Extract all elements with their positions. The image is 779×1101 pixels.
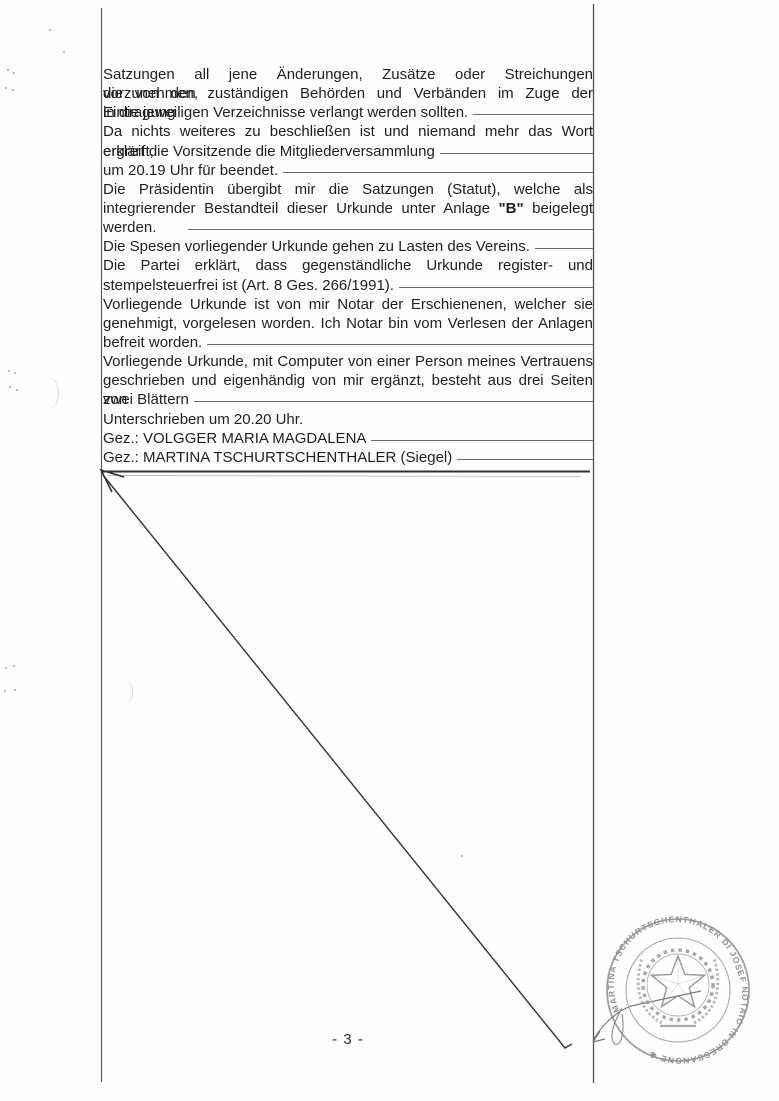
document-line: Da nichts weiteres zu beschließen ist un… (103, 122, 593, 141)
fill-rule (473, 114, 593, 115)
fill-rule (399, 287, 593, 288)
seal-branch-right (694, 958, 718, 1023)
line-text-bold: "B" (499, 200, 524, 217)
line-text: werden. (103, 218, 156, 237)
fill-rule (188, 229, 593, 230)
flourish-arrowhead-icon (593, 1031, 605, 1042)
page-number: - 3 - (103, 1031, 593, 1048)
document-text-block: Satzungen all jene Änderungen, Zusätze o… (103, 65, 593, 467)
seal-ring-text: MARTINA TSCHURTSCHENTHALER DI JOSEF NOTA… (606, 914, 750, 1066)
line-text: Unterschrieben um 20.20 Uhr. (103, 411, 303, 428)
document-line: Gez.: MARTINA TSCHURTSCHENTHALER (Siegel… (103, 448, 593, 467)
strikeout-arrowhead-icon (101, 470, 124, 492)
line-text: Vorliegende Urkunde ist von mir Notar de… (103, 296, 593, 313)
fill-rule (194, 401, 593, 402)
seal-star-icon (651, 956, 704, 1007)
seal-branch-left (638, 958, 662, 1023)
scan-artifact-curve (40, 378, 59, 408)
document-line: genehmigt, vorgelesen worden. Ich Notar … (103, 314, 593, 333)
document-line: Die Partei erklärt, dass gegenständliche… (103, 256, 593, 275)
line-text: in die jeweiligen Verzeichnisse verlangt… (103, 103, 468, 122)
scan-speckle (7, 69, 9, 71)
scan-speckle (13, 665, 15, 667)
document-line: stempelsteuerfrei ist (Art. 8 Ges. 266/1… (103, 276, 593, 295)
document-line: die von den zuständigen Behörden und Ver… (103, 84, 593, 103)
scan-speckle (5, 667, 7, 669)
line-text: integrierender Bestandteil dieser Urkund… (103, 200, 499, 217)
fill-rule (440, 153, 593, 154)
scan-speckle (16, 389, 18, 391)
line-text: Die Präsidentin übergibt mir die Satzung… (103, 181, 593, 198)
scan-speckle (5, 87, 7, 89)
document-line: Unterschrieben um 20.20 Uhr. (103, 410, 593, 429)
line-text: um 20.19 Uhr für beendet. (103, 161, 278, 180)
scan-speckle (8, 370, 10, 372)
line-text: befreit worden. (103, 333, 202, 352)
seal-outer-ring (607, 919, 749, 1061)
fill-rule (535, 248, 593, 249)
document-line: Vorliegende Urkunde, mit Computer von ei… (103, 352, 593, 371)
document-line: integrierender Bestandteil dieser Urkund… (103, 199, 593, 218)
scan-speckle (14, 689, 16, 691)
document-line: Vorliegende Urkunde ist von mir Notar de… (103, 295, 593, 314)
notary-seal: MARTINA TSCHURTSCHENTHALER DI JOSEF NOTA… (606, 914, 750, 1066)
line-text: beigelegt (524, 200, 593, 217)
flourish-loop (612, 1008, 623, 1044)
document-line: erklärt die Vorsitzende die Mitgliederve… (103, 142, 593, 161)
document-line: befreit worden. (103, 333, 593, 352)
document-line: Die Spesen vorliegender Urkunde gehen zu… (103, 237, 593, 256)
scan-speckle (4, 690, 6, 692)
line-text: stempelsteuerfrei ist (Art. 8 Ges. 266/1… (103, 276, 394, 295)
scan-artifact-curve (116, 680, 133, 704)
closing-rule-echo (108, 476, 582, 477)
document-line: Satzungen all jene Änderungen, Zusätze o… (103, 65, 593, 84)
line-text: Die Partei erklärt, dass gegenständliche… (103, 257, 593, 274)
line-text: Vorliegende Urkunde, mit Computer von ei… (103, 353, 593, 370)
scanned-notarial-document-page: Satzungen all jene Änderungen, Zusätze o… (0, 0, 779, 1101)
strikeout-diagonal-line (103, 475, 572, 1048)
seal-inner-ring (626, 938, 730, 1042)
scan-speckle (49, 29, 51, 31)
line-text: genehmigt, vorgelesen worden. Ich Notar … (103, 315, 593, 332)
scan-speckle (9, 386, 11, 388)
line-text: erklärt die Vorsitzende die Mitgliederve… (103, 142, 435, 161)
seal-cog (643, 950, 713, 1020)
seal-star-rays (651, 956, 704, 1007)
document-line: Gez.: VOLGGER MARIA MAGDALENA (103, 429, 593, 448)
line-text: zwei Blättern (103, 390, 189, 409)
line-text: Die Spesen vorliegender Urkunde gehen zu… (103, 237, 530, 256)
document-line: zwei Blättern (103, 390, 593, 409)
scan-speckle (12, 89, 14, 91)
line-text: Gez.: VOLGGER MARIA MAGDALENA (103, 429, 366, 448)
seal-cog-rim (647, 954, 709, 1016)
fill-rule (207, 344, 593, 345)
scan-speckle (63, 51, 65, 53)
document-line: in die jeweiligen Verzeichnisse verlangt… (103, 103, 593, 122)
document-line: geschrieben und eigenhändig von mir ergä… (103, 371, 593, 390)
scan-speckle (14, 372, 16, 374)
signature-flourish (593, 991, 701, 1041)
fill-rule (283, 172, 593, 173)
document-line: werden. (103, 218, 593, 237)
line-text: Gez.: MARTINA TSCHURTSCHENTHALER (Siegel… (103, 448, 452, 467)
fill-rule (371, 440, 593, 441)
fill-rule (457, 459, 593, 460)
document-line: Die Präsidentin übergibt mir die Satzung… (103, 180, 593, 199)
document-line: um 20.19 Uhr für beendet. (103, 161, 593, 180)
scan-speckle (13, 72, 15, 74)
scan-speckle (461, 855, 463, 857)
